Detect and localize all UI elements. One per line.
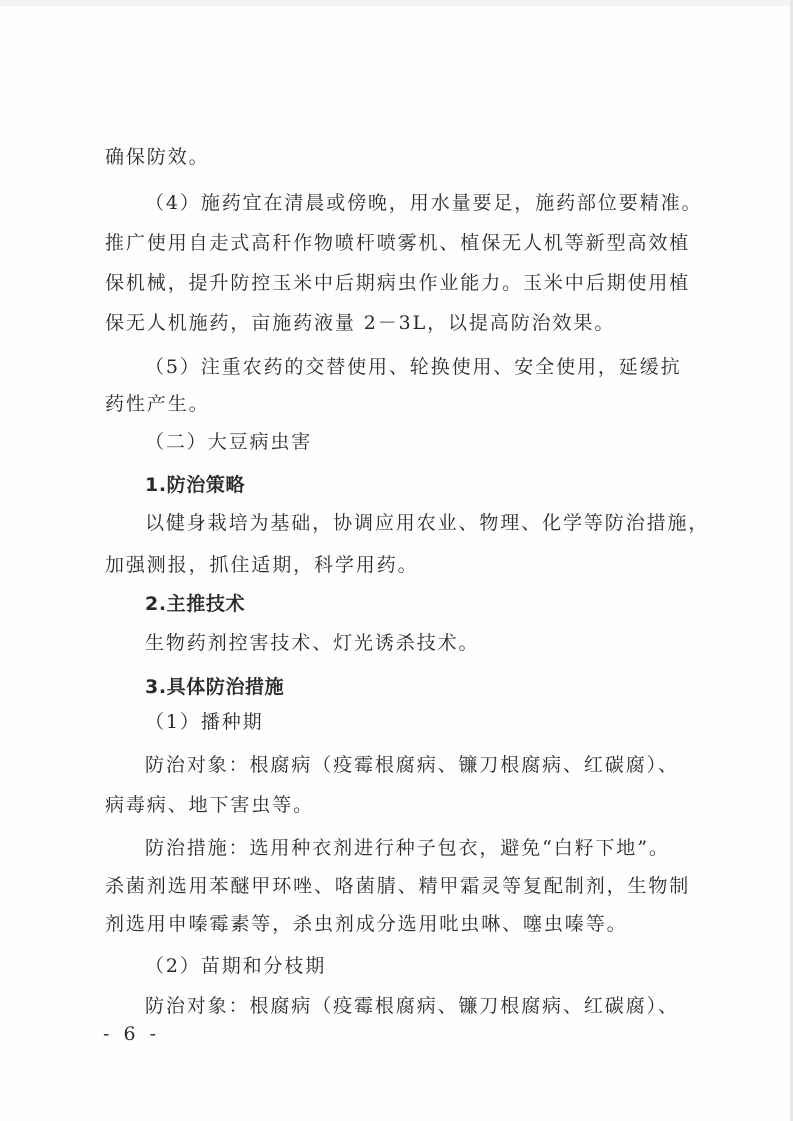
text-line: 药性产生。 [105,392,707,416]
text-line: 剂选用申嗪霉素等，杀虫剂成分选用吡虫啉、噻虫嗪等。 [105,912,707,936]
text-line: 防治对象：根腐病（疫霉根腐病、镰刀根腐病、红碳腐）、 [145,753,747,777]
subheading-main-tech: 2.主推技术 [145,592,747,616]
text-line: 防治措施：选用种衣剂进行种子包衣，避免“白籽下地”。 [145,836,747,860]
page-number: - 6 - [103,1022,160,1046]
text-line: 以健身栽培为基础，协调应用农业、物理、化学等防治措施， [145,511,747,535]
subheading-measures: 3.具体防治措施 [145,675,747,699]
text-line: 推广使用自走式高秆作物喷杆喷雾机、植保无人机等新型高效植 [105,231,707,255]
item-heading-seedling: （2）苗期和分枝期 [145,954,747,978]
text-line: 生物药剂控害技术、灯光诱杀技术。 [145,631,747,655]
scan-top-shade [0,0,793,6]
section-heading-soybean: （二）大豆病虫害 [145,430,747,454]
text-line: 保无人机施药，亩施药液量 2－3L，以提高防治效果。 [105,311,707,335]
text-line-item-4: （4）施药宜在清晨或傍晚，用水量要足，施药部位要精准。 [145,191,747,215]
subheading-strategy: 1.防治策略 [145,473,747,497]
text-line: 保机械，提升防控玉米中后期病虫作业能力。玉米中后期使用植 [105,271,707,295]
text-line-item-5: （5）注重农药的交替使用、轮换使用、安全使用，延缓抗 [145,355,747,379]
text-line: 确保防效。 [105,145,707,169]
document-page: 确保防效。 （4）施药宜在清晨或傍晚，用水量要足，施药部位要精准。 推广使用自走… [0,0,793,1121]
item-heading-sowing: （1）播种期 [145,710,747,734]
text-line: 防治对象：根腐病（疫霉根腐病、镰刀根腐病、红碳腐）、 [145,994,747,1018]
text-line: 病毒病、地下害虫等。 [105,793,707,817]
text-line: 杀菌剂选用苯醚甲环唑、咯菌腈、精甲霜灵等复配制剂，生物制 [105,874,707,898]
text-line: 加强测报，抓住适期，科学用药。 [105,553,707,577]
